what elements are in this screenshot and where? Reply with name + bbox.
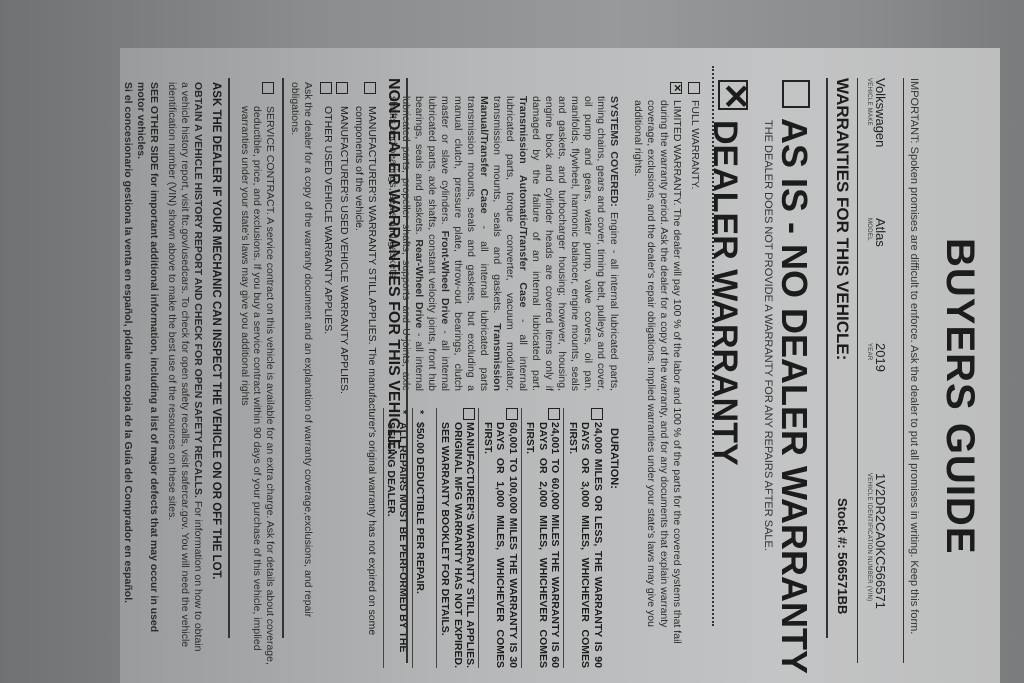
full-warranty-checkbox[interactable] [688, 82, 700, 94]
limited-warranty-checkbox-checked[interactable]: ✕ [670, 82, 682, 94]
vehicle-vin-field: 1V2DR2CA0KC566571 VEHICLE IDENTIFICATION… [866, 473, 888, 609]
systems-covered: SYSTEMS COVERED: Engine - all internal l… [386, 96, 620, 391]
limited-warranty-text: LIMITED WARRANTY. The dealer will pay 10… [631, 100, 683, 660]
manufacturer-used-warranty-text: MANUFACTURER'S USED VEHICLE WARRANTY APP… [338, 106, 351, 666]
duration-label: DURATION: [608, 408, 620, 668]
vehicle-history-text: OBTAIN A VEHICLE HISTORY REPORT AND CHEC… [165, 82, 204, 657]
vehicle-make-field: Volkswagen VEHICLE MAKE [866, 78, 888, 147]
see-other-side-text: SEE OTHER SIDE for important additional … [134, 82, 160, 657]
duration-option[interactable]: 24,001 TO 60,000 MILES THE WARRANTY IS 6… [521, 408, 562, 668]
buyers-guide-form: BUYERS GUIDE IMPORTANT: Spoken promises … [120, 48, 1000, 683]
service-contract-checkbox[interactable] [262, 82, 274, 94]
form-title: BUYERS GUIDE [937, 238, 982, 555]
stock-number: Stock #: 566571BB [835, 498, 850, 614]
mechanic-inspection-text: ASK THE DEALER IF YOUR MECHANIC CAN INSP… [210, 82, 222, 580]
system-engine: Engine - all internal lubricated parts, … [530, 96, 620, 391]
duration-checkbox[interactable] [591, 408, 603, 420]
systems-covered-label: SYSTEMS COVERED: [608, 96, 620, 207]
as-is-subtitle: THE DEALER DOES NOT PROVIDE A WARRANTY F… [762, 120, 774, 551]
dealer-warranty-title: DEALER WARRANTY [705, 120, 744, 466]
deductible-note: *$50.00 DEDUCTIBLE PER REPAIR. [413, 408, 427, 668]
manufacturer-warranty-text: MANUFACTURER'S WARRANTY STILL APPLIES. T… [353, 106, 378, 666]
duration-option[interactable]: 24,000 MILES OR LESS, THE WARRANTY IS 90… [564, 408, 605, 668]
as-is-title: AS IS - NO DEALER WARRANTY [773, 118, 815, 674]
duration-option[interactable]: MANUFACTURER'S WARRANTY STILL APPLIES. O… [436, 408, 477, 668]
ask-copy-text: Ask the dealer for a copy of the warrant… [289, 82, 314, 662]
duration-checkbox[interactable] [464, 408, 476, 420]
manufacturer-warranty-checkbox[interactable] [364, 82, 376, 94]
divider [857, 78, 858, 663]
service-contract-text: SERVICE CONTRACT. A service contract on … [239, 106, 277, 666]
other-used-warranty-text: OTHER USED VEHICLE WARRANTY APPLIES. [322, 106, 335, 666]
vehicle-year-field: 2019 YEAR [866, 343, 888, 372]
non-dealer-title: NON-DEALER WARRANTIES FOR THIS VEHICLE: [384, 78, 402, 455]
vehicle-model-field: Atlas MODEL [866, 218, 888, 247]
as-is-checkbox[interactable] [782, 80, 810, 108]
divider [282, 78, 284, 638]
important-notice: IMPORTANT: Spoken promises are difficult… [908, 78, 920, 634]
full-warranty-label: FULL WARRANTY. [688, 100, 701, 189]
warranties-title: WARRANTIES FOR THIS VEHICLE: [832, 78, 852, 360]
divider [826, 78, 828, 638]
duration-option[interactable]: 60,001 TO 100,000 MILES THE WARRANTY IS … [479, 408, 520, 668]
duration-column: DURATION: 24,000 MILES OR LESS, THE WARR… [381, 408, 621, 668]
spanish-notice: Si el concesionario gestiona la venta en… [121, 82, 134, 657]
dotted-divider [712, 66, 714, 626]
manufacturer-used-warranty-checkbox[interactable] [336, 82, 348, 94]
dealer-warranty-checkbox-checked[interactable]: ✕ [718, 80, 748, 110]
duration-checkbox[interactable] [506, 408, 518, 420]
other-used-warranty-checkbox[interactable] [320, 82, 332, 94]
duration-checkbox[interactable] [549, 408, 561, 420]
divider [406, 78, 408, 663]
divider [228, 78, 230, 638]
divider [903, 78, 904, 663]
